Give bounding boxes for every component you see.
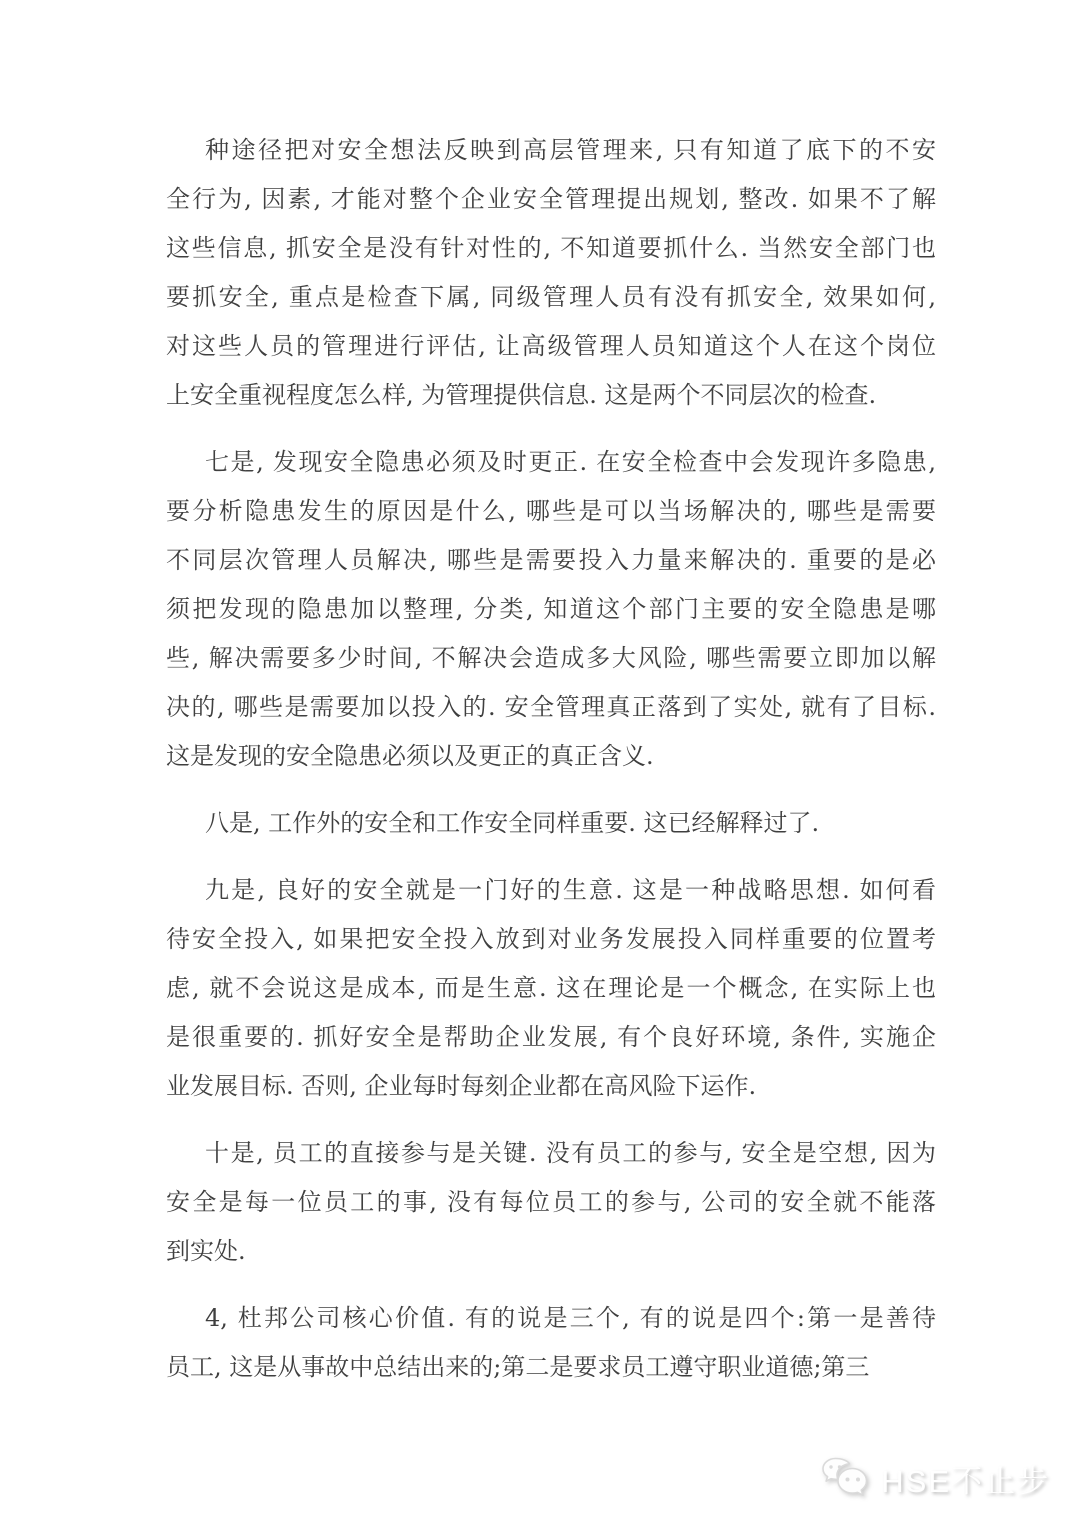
text-line: 4, 杜邦公司核心价值. 有的说是三个, 有的说是四个:第一是善待 <box>166 1294 936 1343</box>
paragraph: 4, 杜邦公司核心价值. 有的说是三个, 有的说是四个:第一是善待员工, 这是从… <box>166 1294 936 1392</box>
paragraph: 七是, 发现安全隐患必须及时更正. 在安全检查中会发现许多隐患,要分析隐患发生的… <box>166 438 936 781</box>
text-line: 八是, 工作外的安全和工作安全同样重要. 这已经解释过了. <box>166 799 936 848</box>
paragraph: 十是, 员工的直接参与是关键. 没有员工的参与, 安全是空想, 因为安全是每一位… <box>166 1129 936 1276</box>
text-line: 这些信息, 抓安全是没有针对性的, 不知道要抓什么. 当然安全部门也 <box>166 224 936 273</box>
text-line: 决的, 哪些是需要加以投入的. 安全管理真正落到了实处, 就有了目标. <box>166 683 936 732</box>
text-line: 待安全投入, 如果把安全投入放到对业务发展投入同样重要的位置考 <box>166 915 936 964</box>
text-line: 不同层次管理人员解决, 哪些是需要投入力量来解决的. 重要的是必 <box>166 536 936 585</box>
watermark-text: HSE不止步 <box>881 1456 1050 1501</box>
text-line: 员工, 这是从事故中总结出来的;第二是要求员工遵守职业道德;第三 <box>166 1343 936 1392</box>
text-line: 要分析隐患发生的原因是什么, 哪些是可以当场解决的, 哪些是需要 <box>166 487 936 536</box>
text-line: 九是, 良好的安全就是一门好的生意. 这是一种战略思想. 如何看 <box>166 866 936 915</box>
paragraph: 八是, 工作外的安全和工作安全同样重要. 这已经解释过了. <box>166 799 936 848</box>
text-line: 到实处. <box>166 1227 936 1276</box>
text-line: 是很重要的. 抓好安全是帮助企业发展, 有个良好环境, 条件, 实施企 <box>166 1013 936 1062</box>
text-line: 要抓安全, 重点是检查下属, 同级管理人员有没有抓安全, 效果如何, <box>166 273 936 322</box>
text-line: 十是, 员工的直接参与是关键. 没有员工的参与, 安全是空想, 因为 <box>166 1129 936 1178</box>
text-line: 全行为, 因素, 才能对整个企业安全管理提出规划, 整改. 如果不了解 <box>166 175 936 224</box>
text-line: 七是, 发现安全隐患必须及时更正. 在安全检查中会发现许多隐患, <box>166 438 936 487</box>
text-line: 须把发现的隐患加以整理, 分类, 知道这个部门主要的安全隐患是哪 <box>166 585 936 634</box>
text-line: 这是发现的安全隐患必须以及更正的真正含义. <box>166 732 936 781</box>
text-line: 安全是每一位员工的事, 没有每位员工的参与, 公司的安全就不能落 <box>166 1178 936 1227</box>
text-line: 上安全重视程度怎么样, 为管理提供信息. 这是两个不同层次的检查. <box>166 371 936 420</box>
document-body: 种途径把对安全想法反映到高层管理来, 只有知道了底下的不安全行为, 因素, 才能… <box>166 126 936 1392</box>
paragraph: 种途径把对安全想法反映到高层管理来, 只有知道了底下的不安全行为, 因素, 才能… <box>166 126 936 420</box>
text-line: 虑, 就不会说这是成本, 而是生意. 这在理论是一个概念, 在实际上也 <box>166 964 936 1013</box>
text-line: 种途径把对安全想法反映到高层管理来, 只有知道了底下的不安 <box>166 126 936 175</box>
text-line: 业发展目标. 否则, 企业每时每刻企业都在高风险下运作. <box>166 1062 936 1111</box>
wechat-icon <box>821 1455 871 1501</box>
watermark: HSE不止步 <box>821 1455 1050 1501</box>
document-page: 种途径把对安全想法反映到高层管理来, 只有知道了底下的不安全行为, 因素, 才能… <box>0 0 1080 1527</box>
text-line: 对这些人员的管理进行评估, 让高级管理人员知道这个人在这个岗位 <box>166 322 936 371</box>
text-line: 些, 解决需要多少时间, 不解决会造成多大风险, 哪些需要立即加以解 <box>166 634 936 683</box>
paragraph: 九是, 良好的安全就是一门好的生意. 这是一种战略思想. 如何看待安全投入, 如… <box>166 866 936 1111</box>
